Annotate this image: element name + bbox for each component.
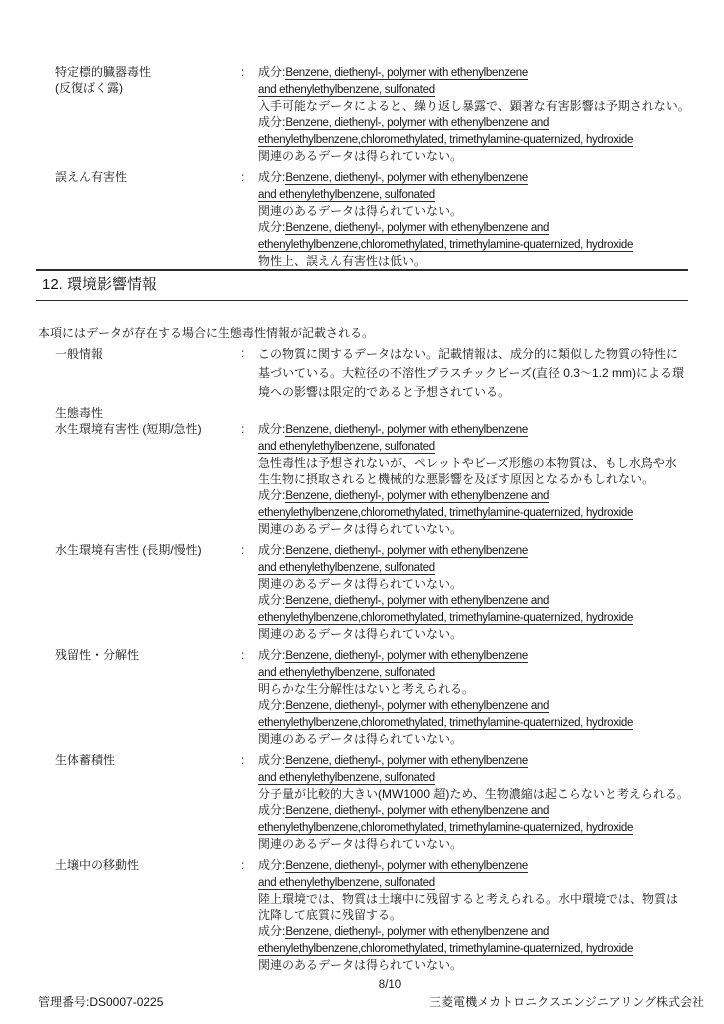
statement-line: この物質に関するデータはない。記載情報は、成分的に類似した物質の特性に bbox=[258, 345, 714, 364]
component-prefix: 成分: bbox=[258, 858, 285, 872]
component-name-line: ethenylethylbenzene,chloromethylated, tr… bbox=[258, 714, 714, 731]
statement-line: 明らかな生分解性はないと考えられる。 bbox=[258, 681, 714, 697]
row-label: 水生環境有害性 (長期/慢性) bbox=[55, 542, 241, 642]
component-name-line: 成分:Benzene, diethenyl-, polymer with eth… bbox=[258, 487, 714, 504]
component-name-line: 成分:Benzene, diethenyl-, polymer with eth… bbox=[258, 697, 714, 714]
component-name-line: and ethenylethylbenzene, sulfonated bbox=[258, 438, 714, 455]
component-prefix: 成分: bbox=[258, 924, 285, 938]
row-content: 成分:Benzene, diethenyl-, polymer with eth… bbox=[258, 169, 714, 269]
section-12-header: 12. 環境影響情報 bbox=[36, 269, 688, 301]
component-name-line: ethenylethylbenzene,chloromethylated, tr… bbox=[258, 819, 714, 836]
row-colon: : bbox=[241, 64, 258, 164]
row-label: 生体蓄積性 bbox=[55, 752, 241, 852]
statement-line: 急性毒性は予想されないが、ペレットやビーズ形態の本物質は、もし水鳥や水 bbox=[258, 455, 714, 471]
component-chemical-name: ethenylethylbenzene,chloromethylated, tr… bbox=[258, 507, 633, 520]
section-12-intro-text: 本項にはデータが存在する場合に生態毒性情報が記載される。 bbox=[38, 325, 724, 341]
row-colon: : bbox=[241, 647, 258, 747]
aspiration-hazard-row: 誤えん有害性:成分:Benzene, diethenyl-, polymer w… bbox=[0, 169, 724, 269]
component-chemical-name: and ethenylethylbenzene, sulfonated bbox=[258, 189, 435, 202]
component-name-line: 成分:Benzene, diethenyl-, polymer with eth… bbox=[258, 542, 714, 559]
statement-line: 関連のあるデータは得られていない。 bbox=[258, 836, 714, 852]
row-colon: : bbox=[241, 345, 258, 402]
row-content: 成分:Benzene, diethenyl-, polymer with eth… bbox=[258, 64, 714, 164]
component-name-line: 成分:Benzene, diethenyl-, polymer with eth… bbox=[258, 857, 714, 874]
component-prefix: 成分: bbox=[258, 220, 285, 234]
component-chemical-name: and ethenylethylbenzene, sulfonated bbox=[258, 667, 435, 680]
component-chemical-name: Benzene, diethenyl-, polymer with etheny… bbox=[285, 67, 528, 80]
statement-line: 分子量が比較的大きい(MW1000 超)ため、生物濃縮は起こらないと考えられる。 bbox=[258, 786, 714, 802]
statement-line: 物性上、誤えん有害性は低い。 bbox=[258, 253, 714, 269]
component-name-line: 成分:Benzene, diethenyl-, polymer with eth… bbox=[258, 64, 714, 81]
row-label: 土壌中の移動性 bbox=[55, 857, 241, 973]
aquatic-acute-toxicity-row: 水生環境有害性 (短期/急性):成分:Benzene, diethenyl-, … bbox=[0, 421, 724, 537]
component-name-line: 成分:Benzene, diethenyl-, polymer with eth… bbox=[258, 421, 714, 438]
row-content: 成分:Benzene, diethenyl-, polymer with eth… bbox=[258, 857, 714, 973]
row-label: 残留性・分解性 bbox=[55, 647, 241, 747]
control-number: 管理番号:DS0007-0225 bbox=[38, 994, 163, 1010]
component-chemical-name: Benzene, diethenyl-, polymer with etheny… bbox=[285, 117, 549, 130]
persistence-degradability-row: 残留性・分解性:成分:Benzene, diethenyl-, polymer … bbox=[0, 647, 724, 747]
component-name-line: 成分:Benzene, diethenyl-, polymer with eth… bbox=[258, 592, 714, 609]
row-colon: : bbox=[241, 421, 258, 537]
component-name-line: ethenylethylbenzene,chloromethylated, tr… bbox=[258, 940, 714, 957]
component-name-line: and ethenylethylbenzene, sulfonated bbox=[258, 81, 714, 98]
component-prefix: 成分: bbox=[258, 488, 285, 502]
component-chemical-name: Benzene, diethenyl-, polymer with etheny… bbox=[285, 222, 549, 235]
component-name-line: and ethenylethylbenzene, sulfonated bbox=[258, 769, 714, 786]
statement-line: 関連のあるデータは得られていない。 bbox=[258, 731, 714, 747]
component-chemical-name: Benzene, diethenyl-, polymer with etheny… bbox=[285, 700, 549, 713]
component-chemical-name: Benzene, diethenyl-, polymer with etheny… bbox=[285, 860, 528, 873]
component-name-line: ethenylethylbenzene,chloromethylated, tr… bbox=[258, 609, 714, 626]
component-name-line: and ethenylethylbenzene, sulfonated bbox=[258, 186, 714, 203]
component-chemical-name: and ethenylethylbenzene, sulfonated bbox=[258, 562, 435, 575]
component-name-line: ethenylethylbenzene,chloromethylated, tr… bbox=[258, 131, 714, 148]
statement-line: 沈降して底質に残留する。 bbox=[258, 907, 714, 923]
component-prefix: 成分: bbox=[258, 648, 285, 662]
row-content: 成分:Benzene, diethenyl-, polymer with eth… bbox=[258, 752, 714, 852]
component-prefix: 成分: bbox=[258, 803, 285, 817]
component-chemical-name: Benzene, diethenyl-, polymer with etheny… bbox=[285, 926, 549, 939]
component-chemical-name: Benzene, diethenyl-, polymer with etheny… bbox=[285, 595, 549, 608]
statement-line: 基づいている。大粒径の不溶性プラスチックビーズ(直径 0.3～1.2 mm)によ… bbox=[258, 364, 714, 383]
row-content: この物質に関するデータはない。記載情報は、成分的に類似した物質の特性に基づいてい… bbox=[258, 345, 714, 402]
company-name: 三菱電機メカトロニクスエンジニアリング株式会社 bbox=[429, 994, 704, 1010]
component-name-line: ethenylethylbenzene,chloromethylated, tr… bbox=[258, 504, 714, 521]
general-information-section: 一般情報:この物質に関するデータはない。記載情報は、成分的に類似した物質の特性に… bbox=[0, 345, 724, 402]
component-prefix: 成分: bbox=[258, 170, 285, 184]
row-colon: : bbox=[241, 752, 258, 852]
component-chemical-name: Benzene, diethenyl-, polymer with etheny… bbox=[285, 650, 528, 663]
component-name-line: and ethenylethylbenzene, sulfonated bbox=[258, 559, 714, 576]
row-label: 一般情報 bbox=[55, 345, 241, 402]
statement-line: 関連のあるデータは得られていない。 bbox=[258, 148, 714, 164]
statement-line: 関連のあるデータは得られていない。 bbox=[258, 576, 714, 592]
component-chemical-name: Benzene, diethenyl-, polymer with etheny… bbox=[285, 490, 549, 503]
statement-line: 関連のあるデータは得られていない。 bbox=[258, 521, 714, 537]
sds-document-page: 特定標的臓器毒性(反復ばく露):成分:Benzene, diethenyl-, … bbox=[0, 0, 724, 1024]
component-chemical-name: ethenylethylbenzene,chloromethylated, tr… bbox=[258, 943, 633, 956]
component-name-line: ethenylethylbenzene,chloromethylated, tr… bbox=[258, 236, 714, 253]
aquatic-chronic-toxicity-row: 水生環境有害性 (長期/慢性):成分:Benzene, diethenyl-, … bbox=[0, 542, 724, 642]
statement-line: 陸上環境では、物質は土壌中に残留すると考えられる。水中環境では、物質は bbox=[258, 891, 714, 907]
component-chemical-name: and ethenylethylbenzene, sulfonated bbox=[258, 84, 435, 97]
component-name-line: 成分:Benzene, diethenyl-, polymer with eth… bbox=[258, 752, 714, 769]
row-label: 特定標的臓器毒性(反復ばく露) bbox=[55, 64, 241, 164]
row-content: 成分:Benzene, diethenyl-, polymer with eth… bbox=[258, 421, 714, 537]
page-number: 8/10 bbox=[0, 977, 724, 993]
component-prefix: 成分: bbox=[258, 593, 285, 607]
component-chemical-name: ethenylethylbenzene,chloromethylated, tr… bbox=[258, 822, 633, 835]
component-prefix: 成分: bbox=[258, 65, 285, 79]
component-chemical-name: Benzene, diethenyl-, polymer with etheny… bbox=[285, 805, 549, 818]
component-name-line: and ethenylethylbenzene, sulfonated bbox=[258, 874, 714, 891]
statement-line: 関連のあるデータは得られていない。 bbox=[258, 626, 714, 642]
specific-target-organ-toxicity-row: 特定標的臓器毒性(反復ばく露):成分:Benzene, diethenyl-, … bbox=[0, 64, 724, 164]
component-name-line: 成分:Benzene, diethenyl-, polymer with eth… bbox=[258, 802, 714, 819]
component-prefix: 成分: bbox=[258, 422, 285, 436]
component-prefix: 成分: bbox=[258, 753, 285, 767]
component-chemical-name: and ethenylethylbenzene, sulfonated bbox=[258, 441, 435, 454]
component-chemical-name: ethenylethylbenzene,chloromethylated, tr… bbox=[258, 239, 633, 252]
component-name-line: 成分:Benzene, diethenyl-, polymer with eth… bbox=[258, 114, 714, 131]
statement-line: 関連のあるデータは得られていない。 bbox=[258, 203, 714, 219]
soil-mobility-row: 土壌中の移動性:成分:Benzene, diethenyl-, polymer … bbox=[0, 857, 724, 973]
row-colon: : bbox=[241, 542, 258, 642]
component-name-line: 成分:Benzene, diethenyl-, polymer with eth… bbox=[258, 647, 714, 664]
row-colon: : bbox=[241, 857, 258, 973]
component-name-line: and ethenylethylbenzene, sulfonated bbox=[258, 664, 714, 681]
row-content: 成分:Benzene, diethenyl-, polymer with eth… bbox=[258, 647, 714, 747]
eco-toxicity-rows-section: 水生環境有害性 (短期/急性):成分:Benzene, diethenyl-, … bbox=[0, 421, 724, 973]
component-chemical-name: and ethenylethylbenzene, sulfonated bbox=[258, 772, 435, 785]
statement-line: 生生物に摂取されると機械的な悪影響を及ぼす原因となるかもしれない。 bbox=[258, 471, 714, 487]
eco-toxicity-subheading: 生態毒性 bbox=[55, 405, 724, 421]
component-prefix: 成分: bbox=[258, 115, 285, 129]
component-name-line: 成分:Benzene, diethenyl-, polymer with eth… bbox=[258, 923, 714, 940]
component-name-line: 成分:Benzene, diethenyl-, polymer with eth… bbox=[258, 219, 714, 236]
row-label: 誤えん有害性 bbox=[55, 169, 241, 269]
row-colon: : bbox=[241, 169, 258, 269]
component-chemical-name: Benzene, diethenyl-, polymer with etheny… bbox=[285, 545, 528, 558]
component-chemical-name: Benzene, diethenyl-, polymer with etheny… bbox=[285, 172, 528, 185]
page-footer: 管理番号:DS0007-0225 三菱電機メカトロニクスエンジニアリング株式会社 bbox=[0, 994, 724, 1010]
component-prefix: 成分: bbox=[258, 698, 285, 712]
general-information-row: 一般情報:この物質に関するデータはない。記載情報は、成分的に類似した物質の特性に… bbox=[0, 345, 724, 402]
statement-line: 入手可能なデータによると、繰り返し暴露で、顕著な有害影響は予期されない。 bbox=[258, 98, 714, 114]
component-chemical-name: ethenylethylbenzene,chloromethylated, tr… bbox=[258, 612, 633, 625]
statement-line: 関連のあるデータは得られていない。 bbox=[258, 957, 714, 973]
component-chemical-name: ethenylethylbenzene,chloromethylated, tr… bbox=[258, 134, 633, 147]
row-label: 水生環境有害性 (短期/急性) bbox=[55, 421, 241, 537]
statement-line: 境への影響は限定的であると予想されている。 bbox=[258, 383, 714, 402]
row-content: 成分:Benzene, diethenyl-, polymer with eth… bbox=[258, 542, 714, 642]
component-chemical-name: Benzene, diethenyl-, polymer with etheny… bbox=[285, 424, 528, 437]
toxicity-rows-section: 特定標的臓器毒性(反復ばく露):成分:Benzene, diethenyl-, … bbox=[0, 64, 724, 269]
component-chemical-name: ethenylethylbenzene,chloromethylated, tr… bbox=[258, 717, 633, 730]
bioaccumulation-row: 生体蓄積性:成分:Benzene, diethenyl-, polymer wi… bbox=[0, 752, 724, 852]
component-name-line: 成分:Benzene, diethenyl-, polymer with eth… bbox=[258, 169, 714, 186]
component-chemical-name: and ethenylethylbenzene, sulfonated bbox=[258, 877, 435, 890]
component-prefix: 成分: bbox=[258, 543, 285, 557]
component-chemical-name: Benzene, diethenyl-, polymer with etheny… bbox=[285, 755, 528, 768]
